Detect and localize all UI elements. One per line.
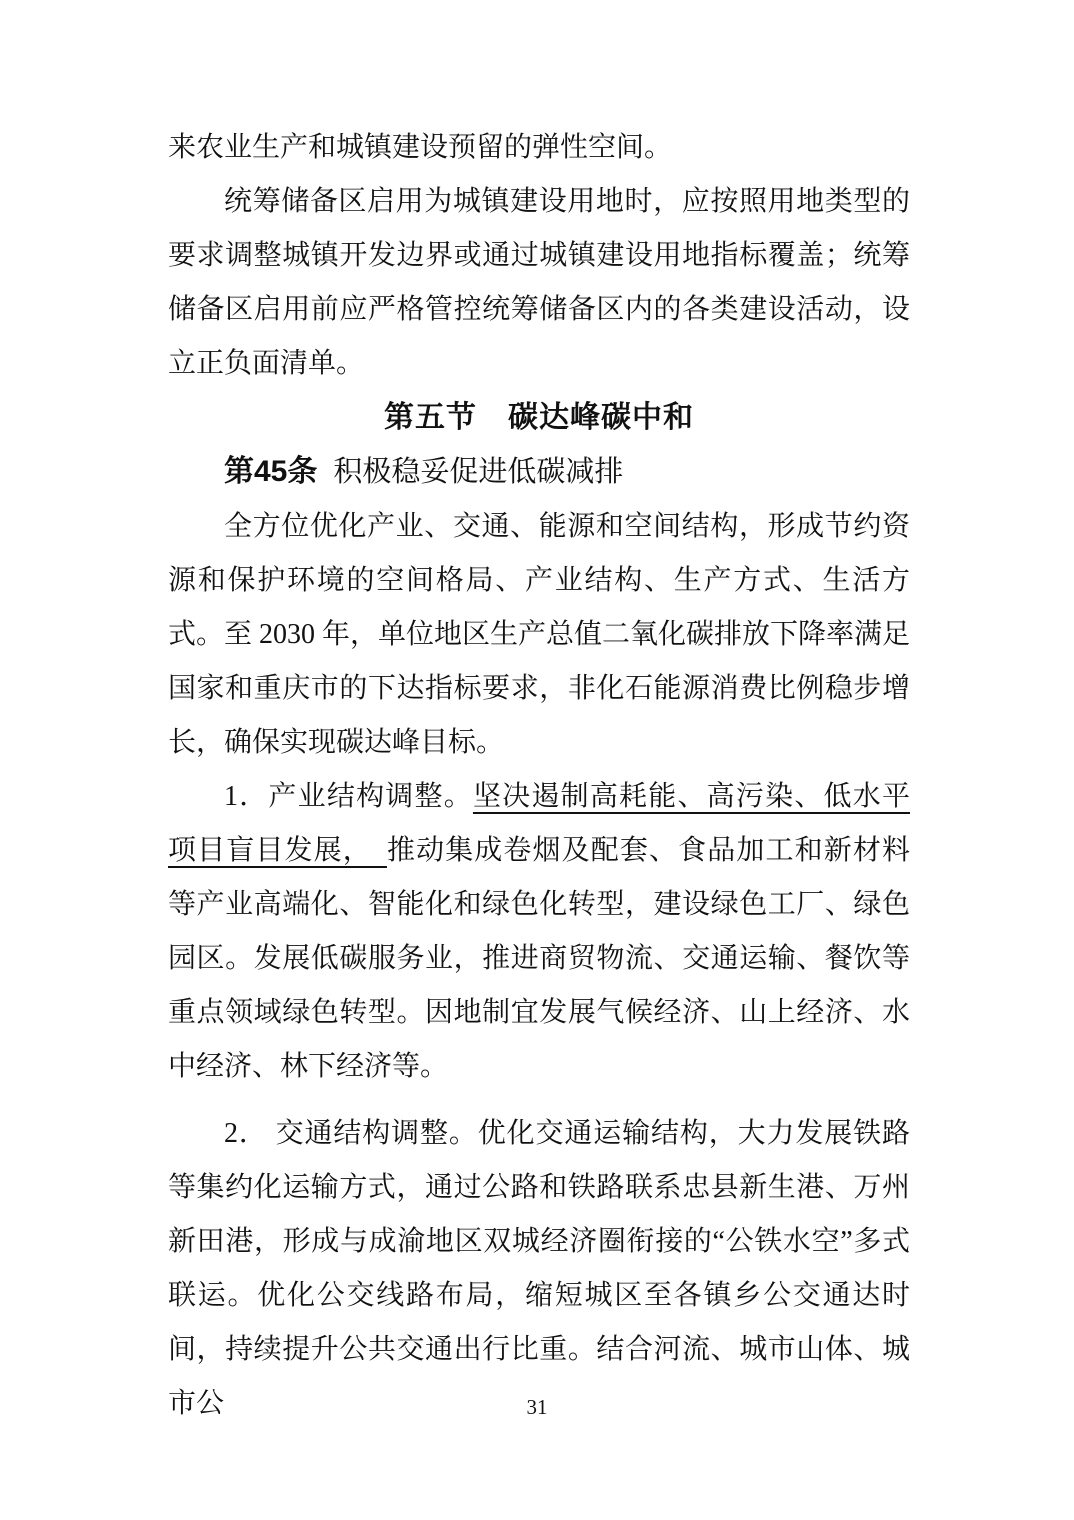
page-number: 31: [0, 1393, 1074, 1421]
paragraph-overview: 全方位优化产业、交通、能源和空间结构，形成节约资源和保护环境的空间格局、产业结构…: [168, 500, 910, 770]
document-page: 来农业生产和城镇建设预留的弹性空间。 统筹储备区启用为城镇建设用地时，应按照用地…: [0, 0, 1074, 1520]
item1-rest-text: 推动集成卷烟及配套、食品加工和新材料等产业高端化、智能化和绿色化转型，建设绿色工…: [168, 835, 910, 1082]
item1-lead-text: 1．产业结构调整。: [224, 781, 473, 812]
list-item-1: 1．产业结构调整。坚决遏制高耗能、高污染、低水平项目盲目发展， 推动集成卷烟及配…: [168, 770, 910, 1094]
document-body: 来农业生产和城镇建设预留的弹性空间。 统筹储备区启用为城镇建设用地时，应按照用地…: [168, 121, 910, 1431]
article-title: 积极稳妥促进低碳减排: [333, 456, 623, 488]
list-item-2: 2． 交通结构调整。优化交通运输结构，大力发展铁路等集约化运输方式，通过公路和铁…: [168, 1107, 910, 1431]
section-heading: 第五节 碳达峰碳中和: [168, 391, 910, 445]
paragraph-continuation: 来农业生产和城镇建设预留的弹性空间。: [168, 121, 910, 175]
article-number: 第45条: [224, 455, 317, 488]
paragraph-reserve-zone: 统筹储备区启用为城镇建设用地时，应按照用地类型的要求调整城镇开发边界或通过城镇建…: [168, 175, 910, 391]
article-heading: 第45条积极稳妥促进低碳减排: [168, 445, 910, 500]
